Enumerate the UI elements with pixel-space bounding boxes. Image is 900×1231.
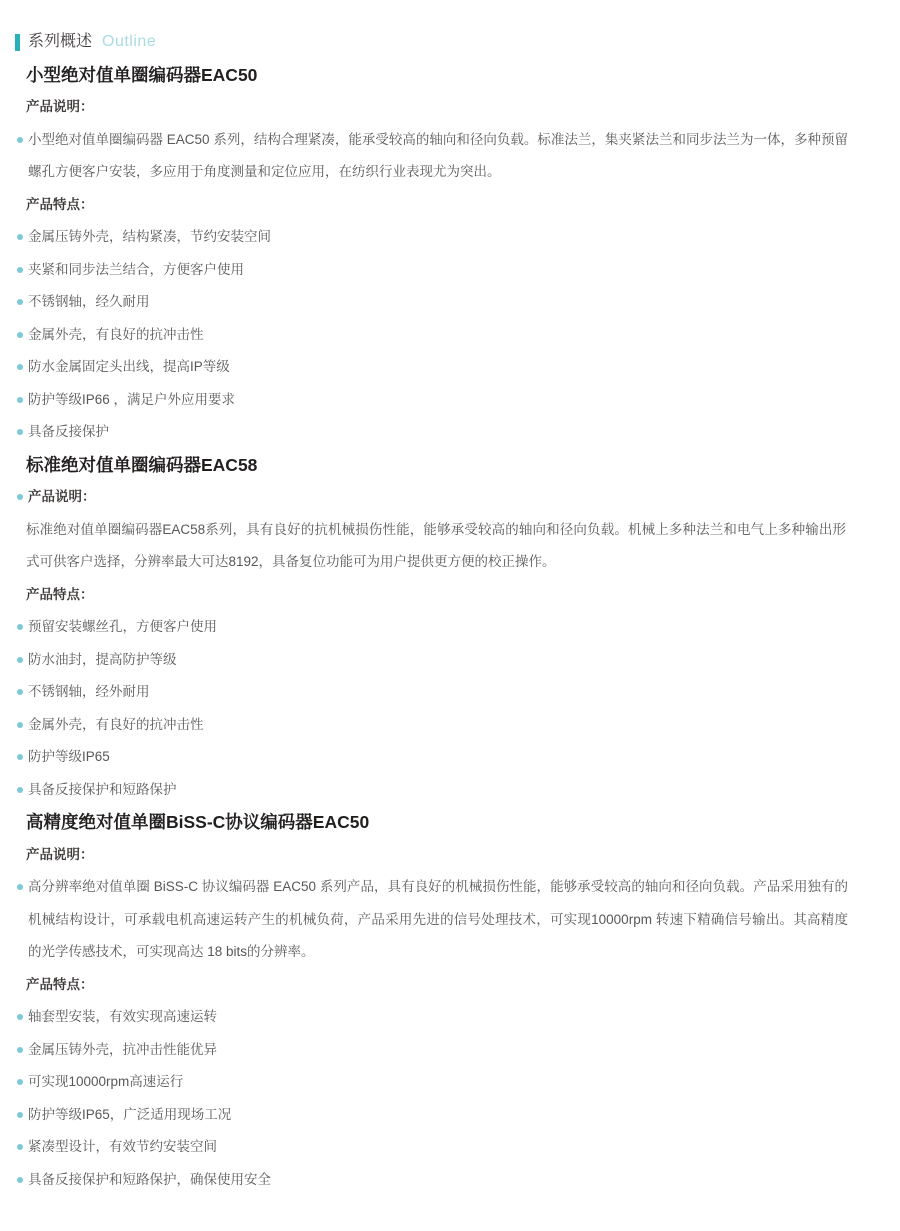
product-title: 标准绝对值单圈编码器EAC58 — [26, 449, 872, 482]
feature-item: 防护等级IP65 — [17, 741, 872, 774]
desc-label: 产品说明： — [26, 91, 872, 124]
bullet-dot-icon — [17, 1112, 23, 1118]
feature-item: 具备反接保护 — [17, 416, 872, 449]
feature-text: 金属外壳，有良好的抗冲击性 — [28, 709, 204, 742]
feature-item: 防水金属固定头出线，提高IP等级 — [17, 351, 872, 384]
description-row: 小型绝对值单圈编码器 EAC50 系列，结构合理紧凑，能承受较高的轴向和径向负载… — [17, 124, 872, 189]
feature-item: 金属外壳，有良好的抗冲击性 — [17, 319, 872, 352]
feature-item: 防护等级IP66 ，满足户外应用要求 — [17, 384, 872, 417]
bullet-dot-icon — [17, 332, 23, 338]
feature-text: 紧凑型设计，有效节约安装空间 — [28, 1131, 217, 1164]
bullet-dot-icon — [17, 657, 23, 663]
features-label: 产品特点： — [26, 189, 872, 222]
feature-list: 预留安装螺丝孔，方便客户使用 防水油封，提高防护等级 不锈钢轴，经外耐用 金属外… — [15, 611, 872, 806]
feature-text: 具备反接保护和短路保护 — [28, 774, 177, 807]
feature-item: 夹紧和同步法兰结合，方便客户使用 — [17, 254, 872, 287]
bullet-dot-icon — [17, 1177, 23, 1183]
product-section-biss-c-eac50: 高精度绝对值单圈BiSS-C协议编码器EAC50 产品说明： 高分辨率绝对值单圈… — [15, 806, 872, 1196]
product-section-eac50: 小型绝对值单圈编码器EAC50 产品说明： 小型绝对值单圈编码器 EAC50 系… — [15, 59, 872, 449]
bullet-dot-icon — [17, 722, 23, 728]
feature-text: 不锈钢轴，经外耐用 — [28, 676, 150, 709]
feature-text: 夹紧和同步法兰结合，方便客户使用 — [28, 254, 244, 287]
bullet-dot-icon — [17, 1144, 23, 1150]
feature-text: 金属压铸外壳，抗冲击性能优异 — [28, 1034, 217, 1067]
bullet-dot-icon — [17, 397, 23, 403]
feature-text: 防水油封，提高防护等级 — [28, 644, 177, 677]
feature-item: 防护等级IP65，广泛适用现场工况 — [17, 1099, 872, 1132]
desc-label: 产品说明： — [28, 481, 96, 514]
feature-text: 不锈钢轴，经久耐用 — [28, 286, 150, 319]
feature-item: 具备反接保护和短路保护 — [17, 774, 872, 807]
page-header: 系列概述 Outline — [15, 26, 872, 59]
feature-list: 金属压铸外壳，结构紧凑，节约安装空间 夹紧和同步法兰结合，方便客户使用 不锈钢轴… — [15, 221, 872, 449]
header-title-en: Outline — [102, 26, 156, 59]
bullet-dot-icon — [17, 494, 23, 500]
page: 系列概述 Outline 小型绝对值单圈编码器EAC50 产品说明： 小型绝对值… — [0, 0, 900, 1231]
bullet-dot-icon — [17, 267, 23, 273]
feature-item: 紧凑型设计，有效节约安装空间 — [17, 1131, 872, 1164]
accent-bar-icon — [15, 34, 20, 51]
product-title: 小型绝对值单圈编码器EAC50 — [26, 59, 872, 92]
bullet-dot-icon — [17, 1047, 23, 1053]
bullet-dot-icon — [17, 364, 23, 370]
product-description: 标准绝对值单圈编码器EAC58系列，具有良好的抗机械损伤性能，能够承受较高的轴向… — [26, 514, 846, 579]
bullet-dot-icon — [17, 299, 23, 305]
product-description: 高分辨率绝对值单圈 BiSS-C 协议编码器 EAC50 系列产品，具有良好的机… — [28, 871, 848, 969]
desc-label-row: 产品说明： — [17, 481, 872, 514]
bullet-dot-icon — [17, 689, 23, 695]
feature-item: 金属压铸外壳，结构紧凑，节约安装空间 — [17, 221, 872, 254]
feature-text: 防护等级IP66 ，满足户外应用要求 — [28, 384, 235, 417]
feature-text: 金属外壳，有良好的抗冲击性 — [28, 319, 204, 352]
feature-text: 金属压铸外壳，结构紧凑，节约安装空间 — [28, 221, 271, 254]
feature-text: 防水金属固定头出线，提高IP等级 — [28, 351, 230, 384]
product-section-eac58: 标准绝对值单圈编码器EAC58 产品说明： 标准绝对值单圈编码器EAC58系列，… — [15, 449, 872, 807]
bullet-dot-icon — [17, 787, 23, 793]
feature-list: 轴套型安装，有效实现高速运转 金属压铸外壳，抗冲击性能优异 可实现10000rp… — [15, 1001, 872, 1196]
features-label: 产品特点： — [26, 579, 872, 612]
feature-text: 可实现10000rpm高速运行 — [28, 1066, 183, 1099]
feature-text: 轴套型安装，有效实现高速运转 — [28, 1001, 217, 1034]
bullet-dot-icon — [17, 1014, 23, 1020]
bullet-dot-icon — [17, 137, 23, 143]
bullet-dot-icon — [17, 754, 23, 760]
bullet-dot-icon — [17, 884, 23, 890]
feature-text: 防护等级IP65，广泛适用现场工况 — [28, 1099, 231, 1132]
feature-text: 防护等级IP65 — [28, 741, 110, 774]
feature-text: 预留安装螺丝孔，方便客户使用 — [28, 611, 217, 644]
feature-text: 具备反接保护 — [28, 416, 109, 449]
feature-item: 金属压铸外壳，抗冲击性能优异 — [17, 1034, 872, 1067]
feature-item: 可实现10000rpm高速运行 — [17, 1066, 872, 1099]
bullet-dot-icon — [17, 429, 23, 435]
feature-text: 具备反接保护和短路保护，确保使用安全 — [28, 1164, 271, 1197]
feature-item: 预留安装螺丝孔，方便客户使用 — [17, 611, 872, 644]
bullet-dot-icon — [17, 624, 23, 630]
bullet-dot-icon — [17, 1079, 23, 1085]
feature-item: 轴套型安装，有效实现高速运转 — [17, 1001, 872, 1034]
feature-item: 不锈钢轴，经久耐用 — [17, 286, 872, 319]
features-label: 产品特点： — [26, 969, 872, 1002]
feature-item: 具备反接保护和短路保护，确保使用安全 — [17, 1164, 872, 1197]
feature-item: 金属外壳，有良好的抗冲击性 — [17, 709, 872, 742]
description-row: 高分辨率绝对值单圈 BiSS-C 协议编码器 EAC50 系列产品，具有良好的机… — [17, 871, 872, 969]
feature-item: 防水油封，提高防护等级 — [17, 644, 872, 677]
desc-label: 产品说明： — [26, 839, 872, 872]
header-title-zh: 系列概述 — [28, 26, 92, 59]
product-description: 小型绝对值单圈编码器 EAC50 系列，结构合理紧凑，能承受较高的轴向和径向负载… — [28, 124, 848, 189]
product-title: 高精度绝对值单圈BiSS-C协议编码器EAC50 — [26, 806, 872, 839]
feature-item: 不锈钢轴，经外耐用 — [17, 676, 872, 709]
bullet-dot-icon — [17, 234, 23, 240]
